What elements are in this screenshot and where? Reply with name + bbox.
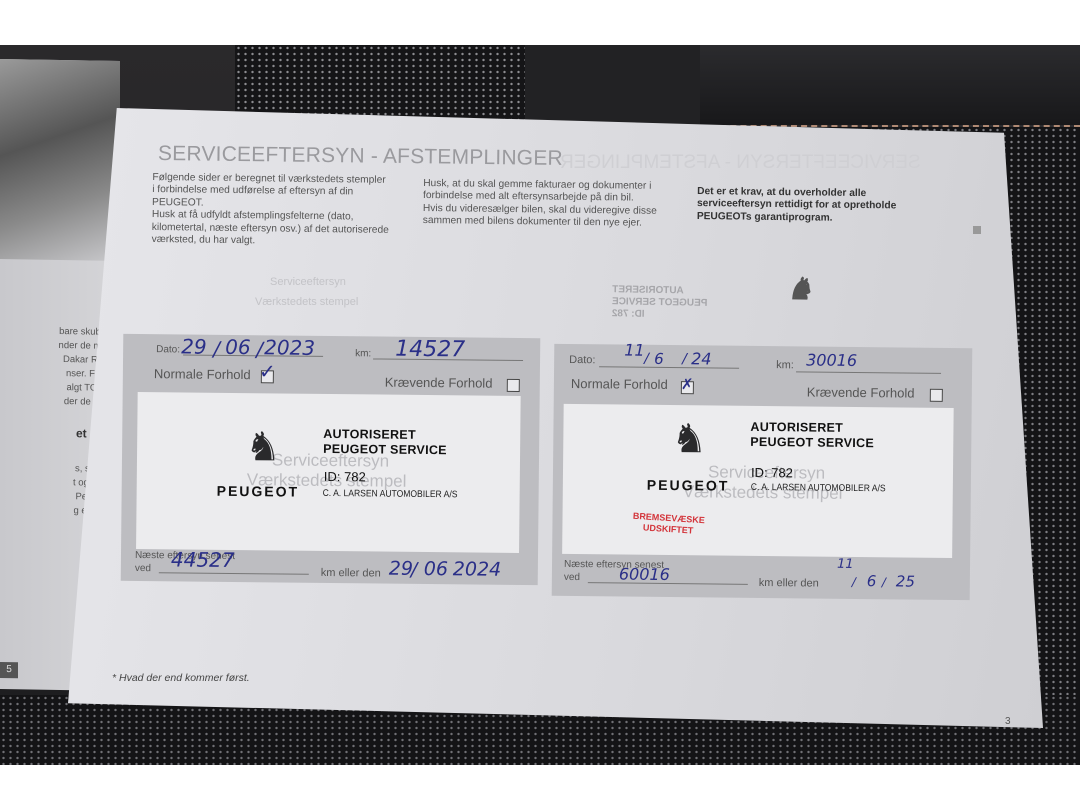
next-date-year-value[interactable]: 25 <box>896 572 915 590</box>
next-service-by-label: ved <box>135 563 151 574</box>
checkmark-icon: ✓ <box>259 359 276 383</box>
date-month-value[interactable]: 06 <box>225 335 251 359</box>
stamp-area: Serviceeftersyn Værkstedets stempel ♞ AU… <box>136 392 521 553</box>
stamp-dealer-name: C. A. LARSEN AUTOMOBILER A/S <box>751 482 886 494</box>
km-value[interactable]: 30016 <box>806 350 857 370</box>
cross-mark-icon: ✗ <box>681 375 694 393</box>
stamp-title: AUTORISERET PEUGEOT SERVICE <box>323 427 447 458</box>
next-km-value[interactable]: 44527 <box>171 547 235 572</box>
bullet-square-icon <box>973 226 981 234</box>
date-line <box>599 366 739 368</box>
normal-conditions-label: Normale Forhold <box>571 376 668 392</box>
next-date-year-value[interactable]: 2024 <box>453 558 502 581</box>
intro-text-left: Følgende sider er beregnet til værkstede… <box>152 172 390 249</box>
stamp-id: ID: 782 <box>751 465 793 480</box>
car-seat-leather <box>700 45 1080 127</box>
bleed-through-title: SERVICEEFTERSYN - AFSTEMPLINGER <box>560 152 921 174</box>
peugeot-lion-icon: ♞ <box>245 427 281 467</box>
date-label: Dato: <box>156 344 180 355</box>
date-day-value[interactable]: 11 <box>624 341 645 360</box>
next-km-line <box>159 572 309 575</box>
stamp-area: Serviceeftersyn Værkstedets stempel ♞ AU… <box>562 404 954 558</box>
km-or-date-label: km eller den <box>321 567 381 580</box>
km-line <box>796 371 941 374</box>
date-year-value[interactable]: 2023 <box>264 335 315 360</box>
bleed-through-label-1: Serviceeftersyn <box>270 276 346 288</box>
date-month-value[interactable]: 6 <box>654 350 664 368</box>
stamp-title: AUTORISERET PEUGEOT SERVICE <box>750 420 874 451</box>
stamp-dealer-name: C. A. LARSEN AUTOMOBILER A/S <box>323 488 458 500</box>
intro-text-middle: Husk, at du skal gemme fakturaer og doku… <box>423 178 657 230</box>
previous-page-number: 5 <box>0 662 18 678</box>
date-label: Dato: <box>569 354 595 366</box>
next-date-day-value[interactable]: 11 <box>837 557 854 572</box>
km-value[interactable]: 14527 <box>395 337 465 363</box>
next-date-month-value[interactable]: 06 <box>424 558 448 580</box>
date-day-value[interactable]: 29 <box>181 334 207 358</box>
demanding-conditions-checkbox[interactable] <box>507 379 520 392</box>
next-km-value[interactable]: 60016 <box>619 565 670 585</box>
bleed-through-lion-icon: ♞ <box>788 284 815 296</box>
bleed-through-label-2: Værkstedets stempel <box>255 296 358 308</box>
next-date-month-value[interactable]: 6 <box>867 572 877 590</box>
demanding-conditions-label: Krævende Forhold <box>385 375 493 391</box>
peugeot-lion-icon: ♞ <box>671 419 707 459</box>
page-title: SERVICEEFTERSYN - AFSTEMPLINGER <box>158 142 563 171</box>
service-entry-2: Dato: 11 / 6 / 24 km: 30016 Normale Forh… <box>552 344 973 600</box>
demanding-conditions-checkbox[interactable] <box>930 389 943 402</box>
km-label: km: <box>355 348 371 359</box>
service-entry-1: Dato: 29 / 06 / 2023 km: 14527 Normale F… <box>121 334 541 585</box>
brake-fluid-replaced-stamp: BREMSEVÆSKE UDSKIFTET <box>632 511 705 537</box>
stamp-id: ID: 782 <box>324 469 366 484</box>
stamp-brand: PEUGEOT <box>217 483 300 500</box>
km-or-date-label: km eller den <box>759 577 819 590</box>
stamp-brand: PEUGEOT <box>647 477 730 494</box>
next-service-by-label: ved <box>564 572 580 583</box>
km-label: km: <box>776 359 794 371</box>
page-number: 3 <box>1005 716 1011 727</box>
next-date-day-value[interactable]: 29 <box>389 558 413 580</box>
date-year-value[interactable]: 24 <box>691 349 712 368</box>
intro-text-right: Det er et krav, at du overholder alle se… <box>697 186 897 226</box>
demanding-conditions-label: Krævende Forhold <box>807 384 915 400</box>
normal-conditions-label: Normale Forhold <box>154 366 251 382</box>
footnote: * Hvad der end kommer først. <box>112 672 250 684</box>
rally-car-photo <box>0 59 120 261</box>
bleed-through-stamp: AUTORISERET PEUGEOT SERVICE ID: 782 <box>612 284 708 322</box>
